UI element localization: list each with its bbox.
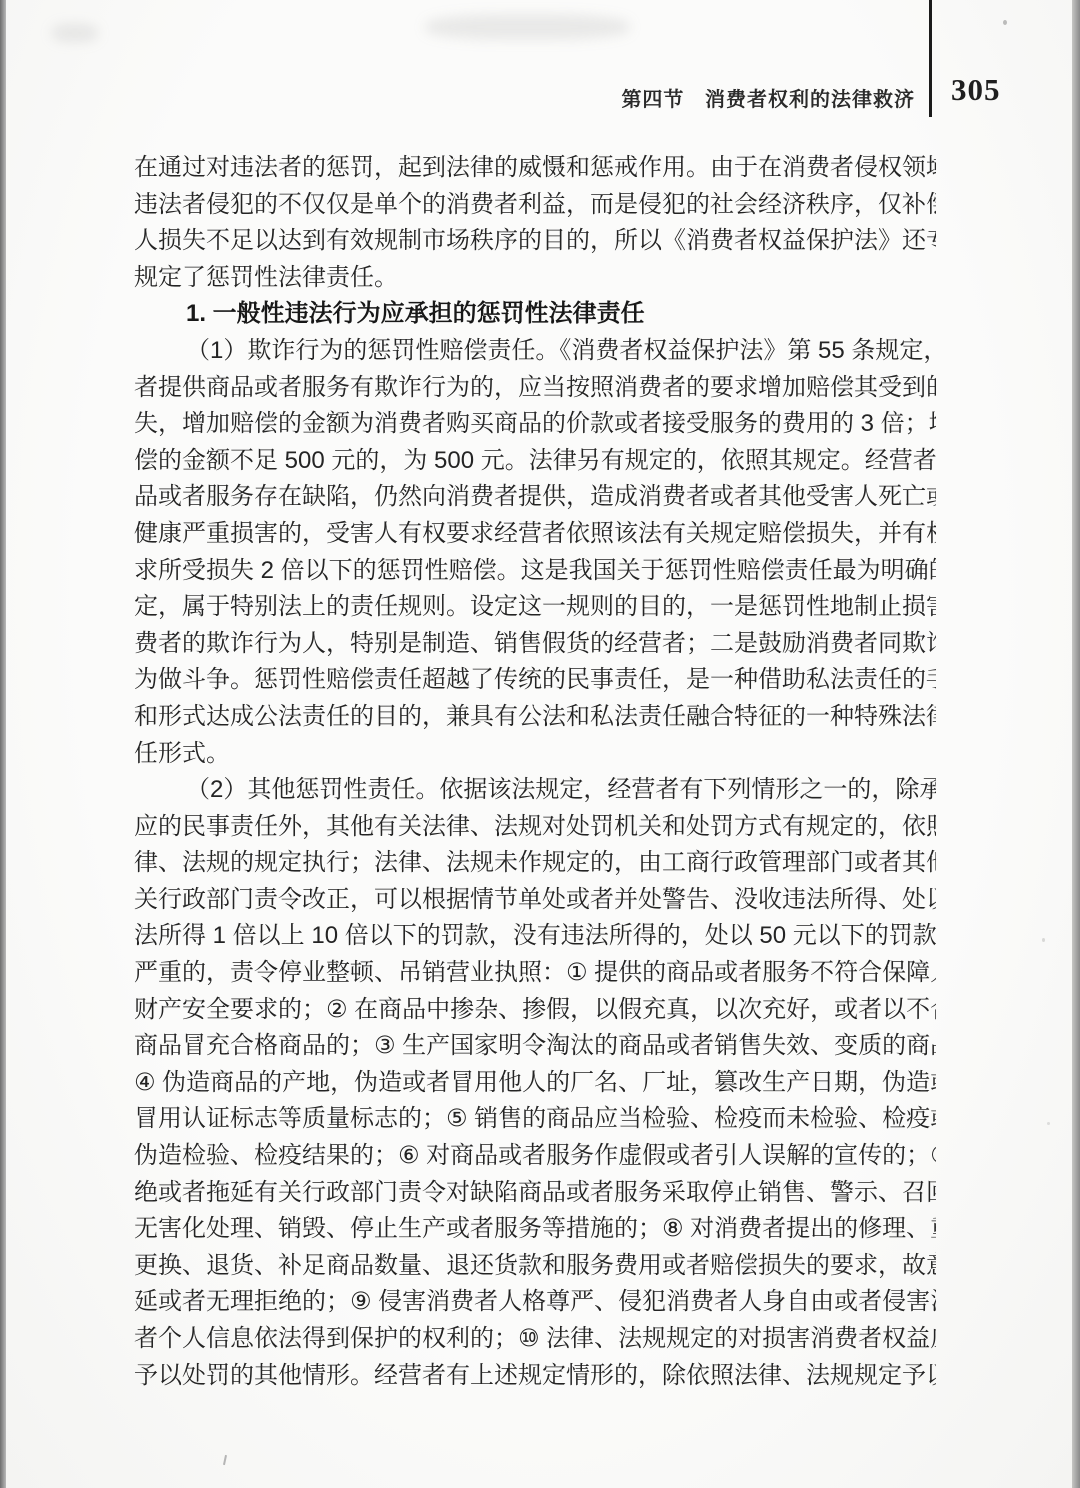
scan-speck [223, 1455, 227, 1465]
scan-smudge [52, 24, 98, 42]
text-line: 任形式。 [134, 736, 936, 773]
scan-speck [1042, 938, 1045, 942]
scan-edge-left [0, 0, 6, 1488]
book-page: 第四节 消费者权利的法律救济 305 在通过对违法者的惩罚，起到法律的威慑和惩戒… [0, 0, 1080, 1488]
text-line: 无害化处理、销毁、停止生产或者服务等措施的；⑧ 对消费者提出的修理、重作、 [134, 1211, 936, 1248]
text-line: 失，增加赔偿的金额为消费者购买商品的价款或者接受服务的费用的 3 倍；增加赔 [134, 406, 936, 443]
text-line: 健康严重损害的，受害人有权要求经营者依照该法有关规定赔偿损失，并有权要 [134, 516, 936, 553]
text-line: 冒用认证标志等质量标志的；⑤ 销售的商品应当检验、检疫而未检验、检疫或者 [134, 1101, 936, 1138]
text-line: 偿的金额不足 500 元的，为 500 元。法律另有规定的，依照其规定。经营者明… [134, 443, 936, 480]
scan-speck [1003, 20, 1007, 25]
text-line: 商品冒充合格商品的；③ 生产国家明令淘汰的商品或者销售失效、变质的商品的； [134, 1028, 936, 1065]
text-line: 1. 一般性违法行为应承担的惩罚性法律责任 [134, 296, 936, 333]
text-line: 定，属于特别法上的责任规则。设定这一规则的目的，一是惩罚性地制止损害消 [134, 589, 936, 626]
text-line: 绝或者拖延有关行政部门责令对缺陷商品或者服务采取停止销售、警示、召回、 [134, 1175, 936, 1212]
body-text-block: 在通过对违法者的惩罚，起到法律的威慑和惩戒作用。由于在消费者侵权领域，违法者侵犯… [134, 150, 936, 1394]
text-line: 和形式达成公法责任的目的，兼具有公法和私法责任融合特征的一种特殊法律责 [134, 699, 936, 736]
page-number: 305 [951, 72, 1001, 108]
scan-speck [1047, 1122, 1050, 1125]
text-line: 在通过对违法者的惩罚，起到法律的威慑和惩戒作用。由于在消费者侵权领域， [134, 150, 936, 187]
text-line: 财产安全要求的；② 在商品中掺杂、掺假，以假充真，以次充好，或者以不合格 [134, 992, 936, 1029]
text-line: ④ 伪造商品的产地，伪造或者冒用他人的厂名、厂址，篡改生产日期，伪造或者 [134, 1065, 936, 1102]
text-line: 者提供商品或者服务有欺诈行为的，应当按照消费者的要求增加赔偿其受到的损 [134, 370, 936, 407]
section-title-label: 消费者权利的法律救济 [705, 89, 915, 111]
text-line: 求所受损失 2 倍以下的惩罚性赔偿。这是我国关于惩罚性赔偿责任最为明确的规 [134, 553, 936, 590]
text-line: 律、法规的规定执行；法律、法规未作规定的，由工商行政管理部门或者其他有 [134, 845, 936, 882]
text-line: 违法者侵犯的不仅仅是单个的消费者利益，而是侵犯的社会经济秩序，仅补偿私 [134, 187, 936, 224]
running-header: 第四节 消费者权利的法律救济 [621, 83, 915, 112]
text-line: 延或者无理拒绝的；⑨ 侵害消费者人格尊严、侵犯消费者人身自由或者侵害消费 [134, 1284, 936, 1321]
section-number-label: 第四节 [621, 89, 684, 111]
text-line: 关行政部门责令改正，可以根据情节单处或者并处警告、没收违法所得、处以违 [134, 882, 936, 919]
text-line: 人损失不足以达到有效规制市场秩序的目的，所以《消费者权益保护法》还专门 [134, 223, 936, 260]
text-line: 为做斗争。惩罚性赔偿责任超越了传统的民事责任，是一种借助私法责任的手段 [134, 662, 936, 699]
text-line: 费者的欺诈行为人，特别是制造、销售假货的经营者；二是鼓励消费者同欺诈行 [134, 626, 936, 663]
text-line: 严重的，责令停业整顿、吊销营业执照：① 提供的商品或者服务不符合保障人身、 [134, 955, 936, 992]
text-line: 法所得 1 倍以上 10 倍以下的罚款，没有违法所得的，处以 50 元以下的罚款… [134, 918, 936, 955]
text-line: 更换、退货、补足商品数量、退还货款和服务费用或者赔偿损失的要求，故意拖 [134, 1248, 936, 1285]
text-line: （1）欺诈行为的惩罚性赔偿责任。《消费者权益保护法》第 55 条规定，经营 [134, 333, 936, 370]
scan-edge-right [1072, 0, 1080, 1488]
text-line: 伪造检验、检疫结果的；⑥ 对商品或者服务作虚假或者引人误解的宣传的；⑦ 拒 [134, 1138, 936, 1175]
text-line: 应的民事责任外，其他有关法律、法规对处罚机关和处罚方式有规定的，依照法 [134, 809, 936, 846]
header-divider-rule [929, 0, 932, 117]
text-line: 品或者服务存在缺陷，仍然向消费者提供，造成消费者或者其他受害人死亡或者 [134, 479, 936, 516]
text-line: 予以处罚的其他情形。经营者有上述规定情形的，除依照法律、法规规定予以处 [134, 1358, 936, 1395]
scan-smudge [425, 14, 630, 40]
text-line: 规定了惩罚性法律责任。 [134, 260, 936, 297]
text-line: （2）其他惩罚性责任。依据该法规定，经营者有下列情形之一的，除承担相 [134, 772, 936, 809]
text-line: 者个人信息依法得到保护的权利的；⑩ 法律、法规规定的对损害消费者权益应当 [134, 1321, 936, 1358]
